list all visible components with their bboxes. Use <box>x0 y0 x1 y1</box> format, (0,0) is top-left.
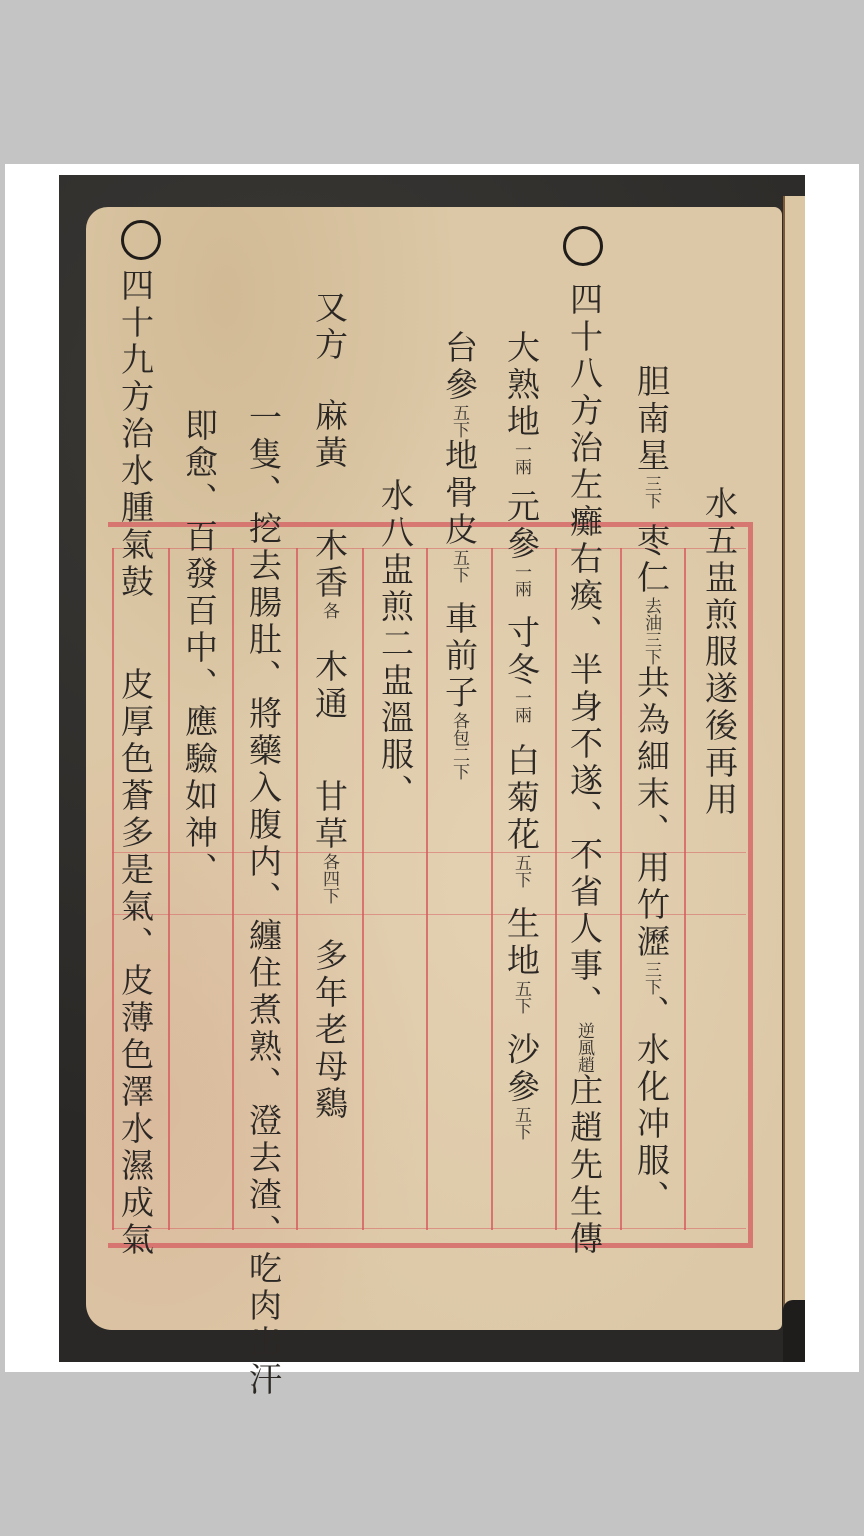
herb-name: 台參 <box>440 330 479 404</box>
dosage-note: 三下 <box>641 475 661 509</box>
herb-name: 生地 <box>502 906 541 980</box>
dosage-note: 各四下 <box>319 853 339 904</box>
instruction-text: 一隻、挖去腸肚、將藥入腹内、纏住煮熟、澄去渣、吃肉出汗 <box>244 400 283 1399</box>
dosage-note: 五下 <box>511 1106 531 1140</box>
text-column-2: 胆南星三下枣仁去油三下共為細末、用竹瀝三下、水化冲服、 <box>632 364 670 1217</box>
text-column-9: 即愈、百發百中、應驗如神、 <box>180 408 218 889</box>
dosage-note: 五下 <box>511 854 531 888</box>
dosage-note: 五下 <box>449 404 469 438</box>
herb-name: 胆南星 <box>632 364 671 475</box>
rule-line <box>168 548 170 1230</box>
diagnostic-text: 皮厚色蒼多是氣、皮薄色澤水濕成氣 <box>116 667 155 1259</box>
herb-name: 大熟地 <box>502 330 541 441</box>
rule-line <box>232 548 234 1230</box>
text-column-3: 四十八方治左癱右瘓、半身不遂、不省人事、逆風趙庄趙先生傳 <box>565 282 603 1258</box>
dosage-note: 一兩 <box>511 689 531 723</box>
rule-line <box>684 548 686 1230</box>
rule-line <box>296 548 298 1230</box>
text-column-7: 又方麻黃木香各木通甘草各四下多年老母鷄 <box>310 290 348 1123</box>
herb-name: 元參 <box>502 489 541 563</box>
instruction-text: 水八盅煎二盅溫服、 <box>376 478 415 811</box>
herb-name: 車前子 <box>440 601 479 712</box>
circle-marker-icon <box>563 226 603 266</box>
text-column-4: 大熟地一兩元參一兩寸冬一兩白菊花五下生地五下沙參五下 <box>502 330 540 1140</box>
dosage-note: 三下 <box>641 961 661 995</box>
formula-title: 四十八方治左癱右瘓、半身不遂、不省人事、 <box>565 282 604 1022</box>
efficacy-text: 即愈、百發百中、應驗如神、 <box>180 408 219 889</box>
herb-name: 白菊花 <box>502 743 541 854</box>
annotation-note: 各 <box>319 602 339 619</box>
dosage-note: 三下 <box>641 631 661 665</box>
text-column-10: 四十九方治水腫氣鼓皮厚色蒼多是氣、皮薄色澤水濕成氣 <box>116 268 154 1259</box>
attribution-text: 庄趙先生傳 <box>565 1073 604 1258</box>
herb-name: 枣仁 <box>632 523 671 597</box>
dosage-note: 五下 <box>511 980 531 1014</box>
rule-line <box>620 548 622 1230</box>
rule-line <box>426 548 428 1230</box>
dosage-note: 二下 <box>449 746 469 780</box>
text-column-8: 一隻、挖去腸肚、將藥入腹内、纏住煮熟、澄去渣、吃肉出汗 <box>244 400 282 1399</box>
annotation-note: 逆風 <box>574 1022 594 1056</box>
next-page-edge <box>783 196 805 1330</box>
dosage-note: 一兩 <box>511 563 531 597</box>
annotation-note: 趙 <box>574 1056 594 1073</box>
rule-hline <box>112 1228 746 1229</box>
text-column-1: 水五盅煎服遂後再用 <box>700 486 738 819</box>
formula-title: 四十九方治水腫氣鼓 <box>116 268 155 601</box>
text-column-5: 台參五下地骨皮五下車前子各包二下 <box>440 330 478 780</box>
text-column-6: 水八盅煎二盅溫服、 <box>376 478 414 811</box>
rule-line <box>112 548 114 1230</box>
formula-title: 又方 <box>310 290 349 364</box>
herb-name: 沙參 <box>502 1032 541 1106</box>
herb-name: 麻黃 <box>310 398 349 472</box>
rule-line <box>555 548 557 1230</box>
herb-name: 甘草 <box>310 779 349 853</box>
dosage-note: 五下 <box>449 549 469 583</box>
instruction-text: 共為細末、用竹瀝 <box>632 665 671 961</box>
column-text: 水五盅煎服遂後再用 <box>700 486 739 819</box>
ingredient-text: 多年老母鷄 <box>310 938 349 1123</box>
dosage-note: 一兩 <box>511 441 531 475</box>
rule-line <box>491 548 493 1230</box>
prep-note: 各包 <box>449 712 469 746</box>
instruction-text: 、水化冲服、 <box>632 995 671 1217</box>
cover-corner <box>783 1300 805 1362</box>
prep-note: 去油 <box>641 597 661 631</box>
herb-name: 木通 <box>310 649 349 723</box>
herb-name: 寸冬 <box>502 615 541 689</box>
rule-line <box>362 548 364 1230</box>
circle-marker-icon <box>121 220 161 260</box>
herb-name: 地骨皮 <box>440 438 479 549</box>
herb-name: 木香 <box>310 528 349 602</box>
